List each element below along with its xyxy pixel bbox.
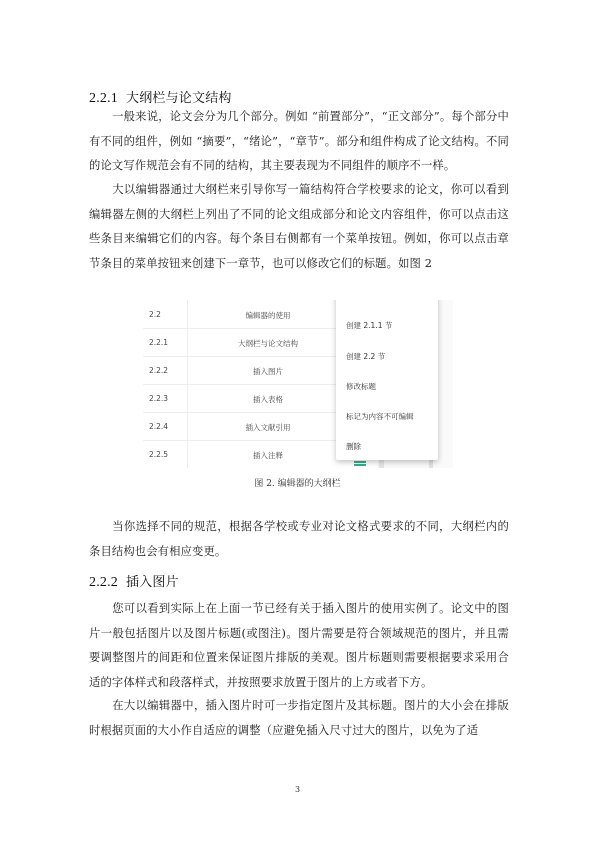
- context-menu: 创建 2.1.1 节 创建 2.2 节 修改标题 标记为内容不可编辑 删除: [336, 300, 438, 460]
- menu-item-create-subsection[interactable]: 创建 2.1.1 节: [346, 320, 392, 331]
- paragraph-1: 一般来说，论文会分为几个部分。例如 “前置部分”，“正文部分”。每个部分中有不同…: [89, 105, 509, 179]
- outline-section-title: 插入图片: [188, 366, 348, 377]
- section-title: 大纲栏与论文结构: [126, 91, 232, 106]
- outline-section-title: 大纲栏与论文结构: [188, 338, 348, 349]
- menu-item-lock-content[interactable]: 标记为内容不可编辑: [346, 411, 414, 422]
- outline-section-number: 2.2: [149, 310, 161, 319]
- outline-section-title: 插入文献引用: [188, 422, 348, 433]
- outline-section-title: 插入注释: [188, 450, 348, 461]
- menu-item-delete[interactable]: 删除: [346, 441, 361, 452]
- paragraph-3: 当你选择不同的规范，根据各学校或专业对论文格式要求的不同，大纲栏内的条目结构也会…: [89, 515, 509, 564]
- menu-item-rename[interactable]: 修改标题: [346, 381, 376, 392]
- figure-caption: 图 2. 编辑器的大纲栏: [0, 476, 595, 489]
- page-number: 3: [0, 785, 595, 794]
- figure-outline-screenshot: 2.2 编辑器的使用 2.2.1 大纲栏与论文结构 2.2.2 插入图片 2.2…: [143, 300, 453, 468]
- outline-section-number: 2.2.5: [149, 450, 168, 459]
- section-number: 2.2.2: [89, 575, 118, 590]
- outline-section-title: 插入表格: [188, 394, 348, 405]
- paragraph-text: 当你选择不同的规范，根据各学校或专业对论文格式要求的不同，大纲栏内的条目结构也会…: [89, 520, 509, 558]
- outline-section-number: 2.2.2: [149, 366, 168, 375]
- section-number: 2.2.1: [89, 91, 118, 106]
- paragraph-text: 在大以编辑器中，插入图片时可一步指定图片及其标题。图片的大小会在排版时根据页面的…: [89, 699, 509, 737]
- paragraph-text: 一般来说，论文会分为几个部分。例如 “前置部分”，“正文部分”。每个部分中有不同…: [89, 110, 509, 172]
- outline-section-title: 编辑器的使用: [188, 310, 348, 321]
- paragraph-5: 在大以编辑器中，插入图片时可一步指定图片及其标题。图片的大小会在排版时根据页面的…: [89, 694, 509, 743]
- outline-section-number: 2.2.4: [149, 422, 168, 431]
- outline-section-number: 2.2.1: [149, 338, 168, 347]
- document-page: 2.2.1大纲栏与论文结构 一般来说，论文会分为几个部分。例如 “前置部分”，“…: [0, 0, 595, 842]
- outline-section-number: 2.2.3: [149, 394, 168, 403]
- section-heading-2-2-2: 2.2.2插入图片: [89, 571, 179, 591]
- section-heading-2-2-1: 2.2.1大纲栏与论文结构: [89, 87, 232, 107]
- paragraph-text: 大以编辑器通过大纲栏来引导你写一篇结构符合学校要求的论文，你可以看到编辑器左侧的…: [89, 183, 509, 270]
- section-title: 插入图片: [126, 575, 179, 590]
- paragraph-text: 您可以看到实际上在上面一节已经有关于插入图片的使用实例了。论文中的图片一般包括图…: [89, 602, 509, 689]
- paragraph-4: 您可以看到实际上在上面一节已经有关于插入图片的使用实例了。论文中的图片一般包括图…: [89, 597, 509, 695]
- menu-item-create-section[interactable]: 创建 2.2 节: [346, 351, 385, 362]
- paragraph-2: 大以编辑器通过大纲栏来引导你写一篇结构符合学校要求的论文，你可以看到编辑器左侧的…: [89, 178, 509, 276]
